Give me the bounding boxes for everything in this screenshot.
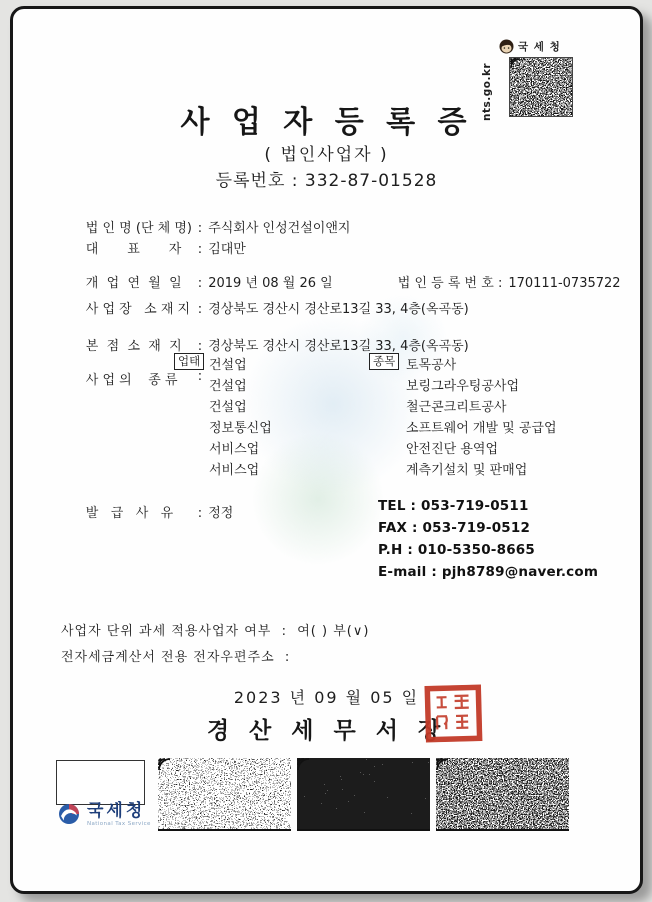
- colon: :: [198, 339, 202, 354]
- uptae-value: 서비스업: [209, 438, 259, 457]
- nts-taegeuk-icon: [58, 803, 80, 825]
- certificate-title: 사 업 자 등 록 증: [13, 97, 640, 141]
- biz-kind-label: 사 업 의 종 류: [86, 369, 198, 388]
- jongmok-value: 안전진단 용역업: [406, 438, 498, 457]
- nts-logo-name: 국세청: [87, 803, 151, 820]
- jongmok-tag: 종목: [369, 353, 399, 370]
- issue-reason-label: 발 급 사 유: [86, 502, 198, 521]
- barcode-2d: [297, 758, 430, 831]
- colon: :: [198, 302, 202, 317]
- issuer-title: 경 산 세 무 서 장: [13, 712, 640, 745]
- contact-email: E-mail : pjh8789@naver.com: [378, 564, 598, 580]
- hq-addr-value: 경상북도 경산시 경산로13길 33, 4층(옥곡동): [208, 339, 469, 354]
- barcode-2d: [436, 758, 569, 831]
- colon: :: [198, 506, 202, 521]
- colon: :: [198, 369, 202, 384]
- uptae-value: 건설업: [209, 354, 247, 373]
- contact-fax: FAX : 053-719-0512: [378, 520, 598, 536]
- uptae-value: 서비스업: [209, 459, 259, 478]
- jongmok-value: 토목공사: [406, 354, 456, 373]
- unit-tax-line: 사업자 단위 과세 적용사업자 여부 : 여( ) 부(∨): [61, 620, 369, 639]
- jongmok-value: 계측기설치 및 판매업: [406, 459, 527, 478]
- uptae-value: 건설업: [209, 375, 247, 394]
- nts-mascot-icon: [499, 39, 514, 54]
- certificate-subtitle: ( 법인사업자 ): [13, 140, 640, 165]
- top-right-agency-label: 국 세 청: [518, 39, 561, 54]
- einvoice-line: 전자세금계산서 전용 전자우편주소 :: [61, 646, 290, 665]
- colon: :: [498, 276, 502, 291]
- issue-reason-row: 발 급 사 유:정정: [61, 487, 233, 536]
- issue-date: 2023 년 09 월 05 일: [13, 685, 640, 708]
- ceo-value: 김대만: [208, 242, 246, 257]
- certificate-sheet: 국 세 청 nts.go.kr 사 업 자 등 록 증 ( 법인사: [10, 6, 643, 894]
- contact-phone: P.H : 010-5350-8665: [378, 542, 598, 558]
- registration-number: 등록번호 : 332-87-01528: [13, 166, 640, 191]
- top-right-agency: 국 세 청: [499, 39, 561, 54]
- biz-addr-label: 사 업 장 소 재 지: [86, 298, 198, 317]
- corp-reg-value: 170111-0735722: [508, 276, 620, 291]
- ceo-label: 대 표 자: [86, 238, 198, 257]
- uptae-tag: 업태: [174, 353, 204, 370]
- hq-addr-label: 본 점 소 재 지: [86, 335, 198, 354]
- uptae-value: 정보통신업: [209, 417, 272, 436]
- contact-tel: TEL : 053-719-0511: [378, 498, 598, 514]
- scanned-certificate-page: 국 세 청 nts.go.kr 사 업 자 등 록 증 ( 법인사: [0, 0, 652, 902]
- nts-logo: 국세청 National Tax Service: [58, 803, 151, 828]
- colon: :: [198, 242, 202, 257]
- barcode-2d: [158, 758, 291, 831]
- jongmok-value: 철근콘크리트공사: [406, 396, 506, 415]
- uptae-value: 건설업: [209, 396, 247, 415]
- contact-block: TEL : 053-719-0511 FAX : 053-719-0512 P.…: [378, 498, 598, 586]
- jongmok-value: 보링그라우팅공사업: [406, 375, 519, 394]
- issue-reason-value: 정정: [208, 506, 233, 521]
- nts-logo-subtext: National Tax Service: [87, 822, 151, 828]
- biz-addr-value: 경상북도 경산시 경산로13길 33, 4층(옥곡동): [208, 302, 469, 317]
- jongmok-value: 소프트웨어 개발 및 공급업: [406, 417, 557, 436]
- stamp-box: [56, 760, 145, 805]
- official-seal: [424, 684, 483, 746]
